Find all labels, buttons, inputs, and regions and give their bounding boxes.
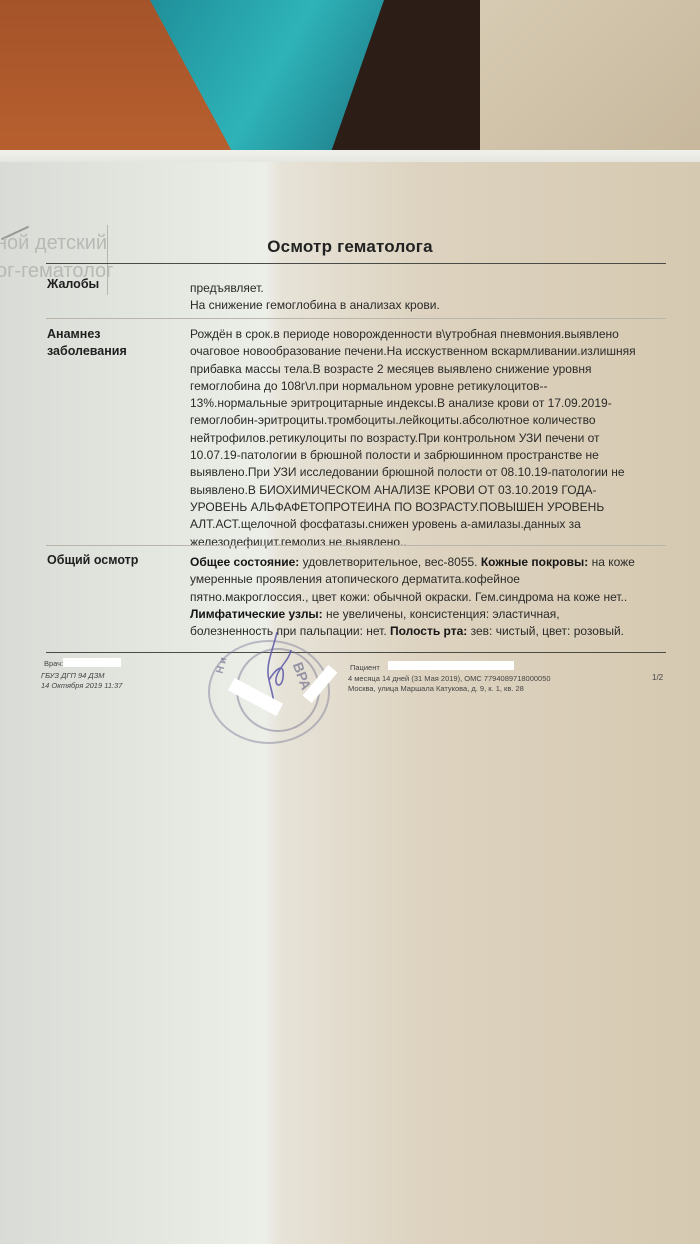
footer-rule: [46, 652, 666, 653]
general-state-value: удовлетворительное, вес-8055.: [299, 555, 481, 569]
anamnesis-label-line1: Анамнез: [47, 326, 127, 343]
section-body-general-exam: Общее состояние: удовлетворительное, вес…: [190, 554, 660, 640]
lymph-value: не увеличены, консистенция: эластичная,: [323, 607, 560, 621]
paper-top-edge: [0, 150, 700, 162]
general-state-label: Общее состояние:: [190, 555, 299, 569]
doctor-label: Врач:: [44, 659, 63, 669]
lymph-label: Лимфатические узлы:: [190, 607, 323, 621]
title-rule: [46, 263, 666, 264]
anamnesis-line: гемоглобин-эритроциты.тромбоциты.лейкоци…: [190, 412, 660, 429]
section-body-complaints: предъявляет. На снижение гемоглобина в а…: [190, 280, 660, 315]
patient-label: Пациент: [350, 663, 380, 673]
section-label-anamnesis: Анамнез заболевания: [47, 326, 127, 360]
mouth-label: Полость рта:: [390, 624, 467, 638]
anamnesis-line: прибавка массы тела.В возрасте 2 месяцев…: [190, 361, 660, 378]
complaints-line: На снижение гемоглобина в анализах крови…: [190, 297, 660, 314]
section-rule: [46, 318, 666, 319]
anamnesis-line: очаговое новообразование печени.На исску…: [190, 343, 660, 360]
section-label-general-exam: Общий осмотр: [47, 552, 138, 569]
document-title: Осмотр гематолога: [0, 237, 700, 257]
exam-line-1: Общее состояние: удовлетворительное, вес…: [190, 554, 660, 571]
institution: ГБУЗ ДГП 94 ДЗМ: [41, 671, 105, 681]
patient-address: Москва, улица Маршала Катукова, д. 9, к.…: [348, 684, 524, 694]
section-rule: [46, 545, 666, 546]
mouth-value: зев: чистый, цвет: розовый.: [467, 624, 624, 638]
redacted-patient-name: [388, 661, 514, 670]
anamnesis-line: гемоглобина до 108г\л.при нормальном уро…: [190, 378, 660, 395]
skin-label: Кожные покровы:: [481, 555, 588, 569]
document-datetime: 14 Октября 2019 11:37: [41, 681, 122, 691]
anamnesis-label-line2: заболевания: [47, 343, 127, 360]
complaints-line: предъявляет.: [190, 280, 660, 297]
section-label-complaints: Жалобы: [47, 276, 99, 293]
anamnesis-line: выявлено.В БИОХИМИЧЕСКОМ АНАЛИЗЕ КРОВИ О…: [190, 482, 660, 499]
redacted-doctor-name: [63, 658, 121, 667]
patient-info: 4 месяца 14 дней (31 Мая 2019), ОМС 7794…: [348, 674, 551, 684]
anamnesis-line: выявлено.При УЗИ исследовании брюшной по…: [190, 464, 660, 481]
exam-line-2: умеренные проявления атопического дермат…: [190, 571, 660, 588]
anamnesis-line: АЛТ.АСТ.щелочной фосфатазы.снижен уровен…: [190, 516, 660, 533]
anamnesis-line: УРОВЕНЬ АЛЬФАФЕТОПРОТЕИНА ПО ВОЗРАСТУ.ПО…: [190, 499, 660, 516]
background-beige-cloth: [480, 0, 700, 150]
skin-value: на коже: [588, 555, 635, 569]
section-body-anamnesis: Рождён в срок.в периоде новорожденности …: [190, 326, 660, 551]
anamnesis-line: железодефицит.гемолиз не выявлено..: [190, 534, 660, 551]
page-number: 1/2: [652, 673, 663, 682]
anamnesis-line: 13%.нормальные эритроцитарные индексы.В …: [190, 395, 660, 412]
exam-line-3: пятно.макроглоссия., цвет кожи: обычной …: [190, 589, 660, 606]
anamnesis-line: нейтрофилов.ретикулоциты по возрасту.При…: [190, 430, 660, 447]
anamnesis-line: Рождён в срок.в периоде новорожденности …: [190, 326, 660, 343]
anamnesis-line: 10.07.19-патологии в брюшной полости и з…: [190, 447, 660, 464]
exam-line-4: Лимфатические узлы: не увеличены, консис…: [190, 606, 660, 623]
